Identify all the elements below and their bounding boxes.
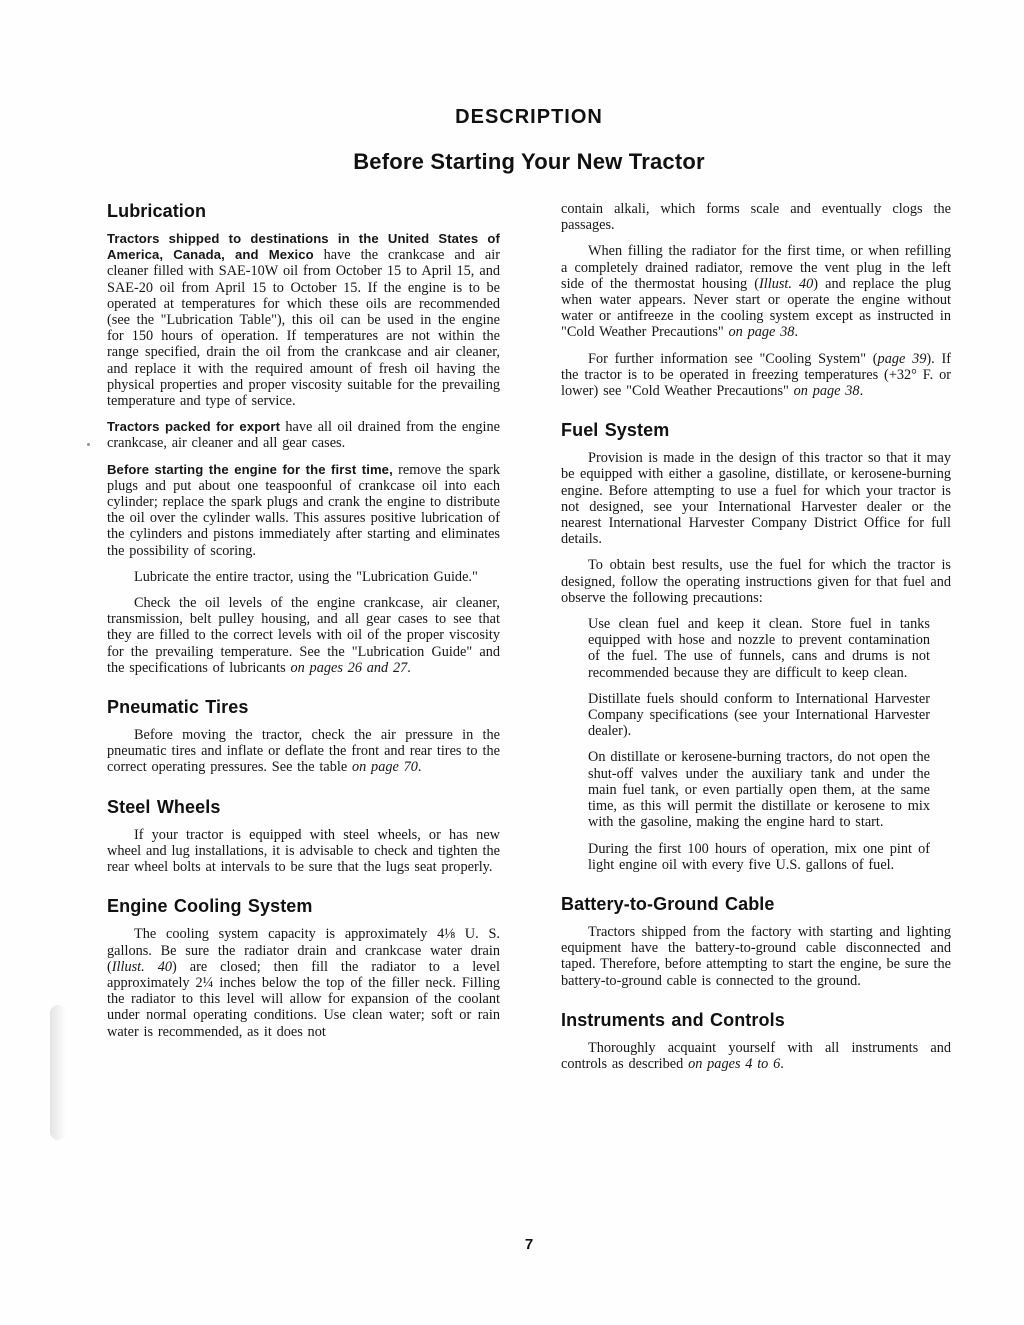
paragraph: Before starting the engine for the first…	[107, 462, 500, 559]
body-text: During the first 100 hours of operation,…	[588, 841, 930, 873]
italic-reference-text: on page 70	[352, 759, 418, 775]
paragraph: Thoroughly acquaint yourself with all in…	[561, 1040, 951, 1072]
bold-lead-text: Before starting the engine for the first…	[107, 462, 393, 477]
section-heading: Engine Cooling System	[107, 896, 500, 916]
page-footer: 7	[107, 1236, 951, 1253]
paragraph: Distillate fuels should conform to Inter…	[588, 691, 930, 740]
page-header: DESCRIPTION Before Starting Your New Tra…	[107, 106, 951, 175]
body-text: Distillate fuels should conform to Inter…	[588, 691, 930, 739]
body-text: have the crankcase and air cleaner fille…	[107, 247, 500, 409]
body-text: contain alkali, which forms scale and ev…	[561, 201, 951, 233]
paragraph: Before moving the tractor, check the air…	[107, 727, 500, 776]
page-title: Before Starting Your New Tractor	[107, 149, 951, 175]
paragraph: For further information see "Cooling Sys…	[561, 351, 951, 400]
paragraph: contain alkali, which forms scale and ev…	[561, 201, 951, 233]
left-column: LubricationTractors shipped to destinati…	[107, 201, 500, 1082]
italic-reference-text: on page 38	[729, 324, 795, 340]
body-text: On distillate or kerosene-burning tracto…	[588, 749, 930, 830]
page-number: 7	[107, 1236, 951, 1253]
paragraph: When filling the radiator for the first …	[561, 243, 951, 340]
paragraph: Tractors packed for export have all oil …	[107, 419, 500, 451]
paragraph: The cooling system capacity is approxima…	[107, 926, 500, 1039]
body-text: To obtain best results, use the fuel for…	[561, 557, 951, 605]
right-column: contain alkali, which forms scale and ev…	[561, 201, 951, 1082]
scan-artifact-dot	[87, 443, 90, 446]
section-heading: Lubrication	[107, 201, 500, 221]
section-heading: Steel Wheels	[107, 797, 500, 817]
scan-artifact-smudge	[50, 1005, 66, 1140]
italic-reference-text: on pages 4 to 6	[688, 1056, 780, 1072]
paragraph: Tractors shipped from the factory with s…	[561, 924, 951, 989]
body-text: For further information see "Cooling Sys…	[588, 351, 878, 367]
paragraph: To obtain best results, use the fuel for…	[561, 557, 951, 606]
manual-page: DESCRIPTION Before Starting Your New Tra…	[0, 0, 1024, 1325]
section-heading: Instruments and Controls	[561, 1010, 951, 1030]
body-text: .	[794, 324, 798, 340]
paragraph: If your tractor is equipped with steel w…	[107, 827, 500, 876]
paragraph: Provision is made in the design of this …	[561, 450, 951, 547]
section-heading: Pneumatic Tires	[107, 697, 500, 717]
body-text: If your tractor is equipped with steel w…	[107, 827, 500, 875]
italic-reference-text: on pages 26 and 27	[290, 660, 407, 676]
body-text: Tractors shipped from the factory with s…	[561, 924, 951, 989]
body-text: .	[418, 759, 422, 775]
paragraph: During the first 100 hours of operation,…	[588, 841, 930, 873]
body-text: Provision is made in the design of this …	[561, 450, 951, 547]
italic-reference-text: on page 38	[794, 383, 860, 399]
italic-reference-text: page 39	[878, 351, 927, 367]
italic-reference-text: Illust. 40	[759, 276, 813, 292]
body-text: .	[860, 383, 864, 399]
section-kicker: DESCRIPTION	[107, 106, 951, 129]
section-heading: Fuel System	[561, 420, 951, 440]
paragraph: Lubricate the entire tractor, using the …	[107, 569, 500, 585]
italic-reference-text: Illust. 40	[112, 959, 172, 975]
bold-lead-text: Tractors packed for export	[107, 419, 280, 434]
section-heading: Battery-to-Ground Cable	[561, 894, 951, 914]
paragraph: On distillate or kerosene-burning tracto…	[588, 749, 930, 830]
paragraph: Check the oil levels of the engine crank…	[107, 595, 500, 676]
paragraph: Tractors shipped to destinations in the …	[107, 231, 500, 409]
body-text: Lubricate the entire tractor, using the …	[134, 569, 478, 585]
body-text: .	[407, 660, 411, 676]
paragraph: Use clean fuel and keep it clean. Store …	[588, 616, 930, 681]
body-text: .	[780, 1056, 784, 1072]
body-text: Use clean fuel and keep it clean. Store …	[588, 616, 930, 681]
body-text: Before moving the tractor, check the air…	[107, 727, 500, 775]
two-column-layout: LubricationTractors shipped to destinati…	[107, 201, 951, 1082]
